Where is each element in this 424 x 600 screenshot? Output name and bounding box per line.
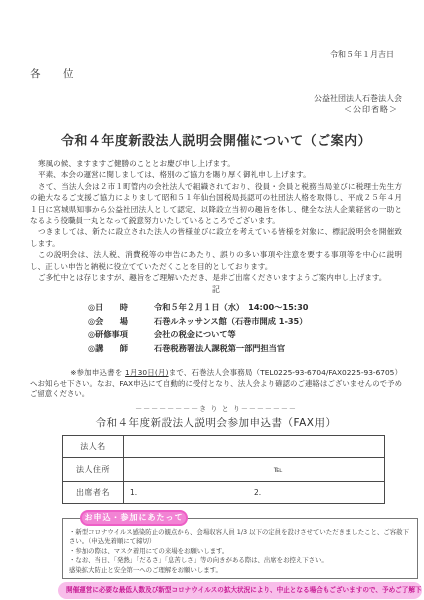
event-details: ◎日 時 令和５年２月１日（水） 14:00～15:30 ◎会 場 石巻ルネッサ… (88, 301, 402, 355)
detail-venue-label: ◎会 場 (88, 315, 154, 328)
issue-date: 令和５年１月吉日 (30, 50, 402, 60)
sender-name: 公益社団法人石巻法人会 (30, 93, 402, 104)
notice-line-symptoms: ・なお、当日、「発熱」「だるさ」「息苦しさ」等の向きがある際は、出席をお控え下さ… (69, 556, 411, 565)
fax-form-title: 令和４年度新設法人説明会参加申込書（FAX用） (30, 415, 402, 430)
table-row-attendees: 出席者名 1. 2. (63, 481, 385, 503)
corp-name-input-cell (124, 435, 385, 457)
attendee-slot-2: 2. (254, 486, 378, 498)
document-title: 令和４年度新設法人説明会開催について（ご案内） (30, 130, 402, 149)
cancellation-banner: 開催運営に必要な最低人数及び新型コロナウイルスの拡大状況により、中止となる場合も… (58, 582, 422, 599)
table-row-corp-name: 法人名 (63, 435, 385, 457)
paragraph-purpose: つきましては、新たに設立された法人の皆様並びに設立を考えている皆様を対象に、標記… (30, 226, 402, 249)
note-deadline: 1月30日(月) (125, 368, 168, 377)
document-page: 令和５年１月吉日 各 位 公益社団法人石巻法人会 ＜公印省略＞ 令和４年度新設法… (0, 0, 424, 600)
detail-lecturer-label: ◎講 師 (88, 342, 154, 355)
seal-omitted-note: ＜公印省略＞ (30, 104, 402, 115)
tel-symbol: ℡ (274, 465, 283, 474)
notice-line-mask: ・参加の際は、マスク着用にての来場をお願いします。 (69, 547, 411, 556)
detail-topic-label: ◎研修事項 (88, 328, 154, 341)
notice-line-capacity: ・新型コロナウイルス感染防止の観点から、会場収容人員 1/3 以下の定員を設けさ… (69, 528, 411, 547)
fax-application-table: 法人名 法人住所 ℡ 出席者名 1. 2. (62, 435, 385, 504)
paragraph-thanks: 平素、本会の運営に関しましては、格別のご協力を賜り厚く御礼申し上げます。 (30, 169, 402, 180)
detail-venue: ◎会 場 石巻ルネッサンス館（石巻市開成 1-35） (88, 315, 402, 328)
corp-name-label: 法人名 (63, 435, 124, 457)
notice-line-safety: 感染拡大防止と安全第一へのご理解をお願いします。 (69, 566, 411, 575)
paragraph-greeting: 寒風の候、ますますご健勝のこととお慶び申し上げます。 (30, 158, 402, 169)
corp-address-input-cell: ℡ (124, 457, 385, 481)
body-text: 寒風の候、ますますご健勝のこととお慶び申し上げます。 平素、本会の運営に関しまし… (30, 158, 402, 283)
detail-topic-value: 会社の税金について等 (154, 328, 236, 341)
detail-lecturer-value: 石巻税務署法人課税第一部門担当官 (154, 342, 285, 355)
corp-address-label: 法人住所 (63, 457, 124, 481)
sender-block: 公益社団法人石巻法人会 ＜公印省略＞ (30, 93, 402, 115)
detail-venue-value: 石巻ルネッサンス館（石巻市開成 1-35） (154, 315, 307, 328)
cut-here-line: －－－－－－－－き り と り－－－－－－－ (30, 404, 402, 414)
paragraph-invitation: ご多忙中とは存じますが、趣旨をご理解いただき、是非ご出席くださいますようご案内申… (30, 272, 402, 283)
attendee-number-slots: 1. 2. (130, 486, 378, 498)
addressee: 各 位 (30, 66, 402, 81)
attendee-label: 出席者名 (63, 481, 124, 503)
attendee-slot-1: 1. (130, 486, 254, 498)
detail-topic: ◎研修事項 会社の税金について等 (88, 328, 402, 341)
notice-heading-pill: お申込・参加にあたって (80, 510, 188, 526)
covid-notice-box: ・新型コロナウイルス感染防止の観点から、会場収容人員 1/3 以下の定員を設けさ… (62, 518, 418, 579)
paragraph-session-aim: この説明会は、法人税、消費税等の申告にあたり、誤りの多い事項や注意を要する事項等… (30, 249, 402, 272)
note-prefix: ※参加申込書を (70, 368, 125, 377)
attendee-input-cell: 1. 2. (124, 481, 385, 503)
tel-field: ℡ (130, 465, 378, 474)
scanned-notice-document: { "header": { "date": "令和５年１月吉日", "addre… (0, 0, 424, 600)
detail-datetime: ◎日 時 令和５年２月１日（水） 14:00～15:30 (88, 301, 402, 314)
detail-datetime-value: 令和５年２月１日（水） 14:00～15:30 (154, 301, 308, 314)
paragraph-history: さて、当法人会は２市１町管内の会社法人で組織されており、役員・会員と税務当局並び… (30, 181, 402, 227)
application-note: ※参加申込書を 1月30日(月)まで、石巻法人会事務局（TEL0225-93-6… (30, 368, 402, 400)
detail-lecturer: ◎講 師 石巻税務署法人課税第一部門担当官 (88, 342, 402, 355)
detail-datetime-label: ◎日 時 (88, 301, 154, 314)
table-row-corp-address: 法人住所 ℡ (63, 457, 385, 481)
ki-record-mark: 記 (30, 284, 402, 296)
